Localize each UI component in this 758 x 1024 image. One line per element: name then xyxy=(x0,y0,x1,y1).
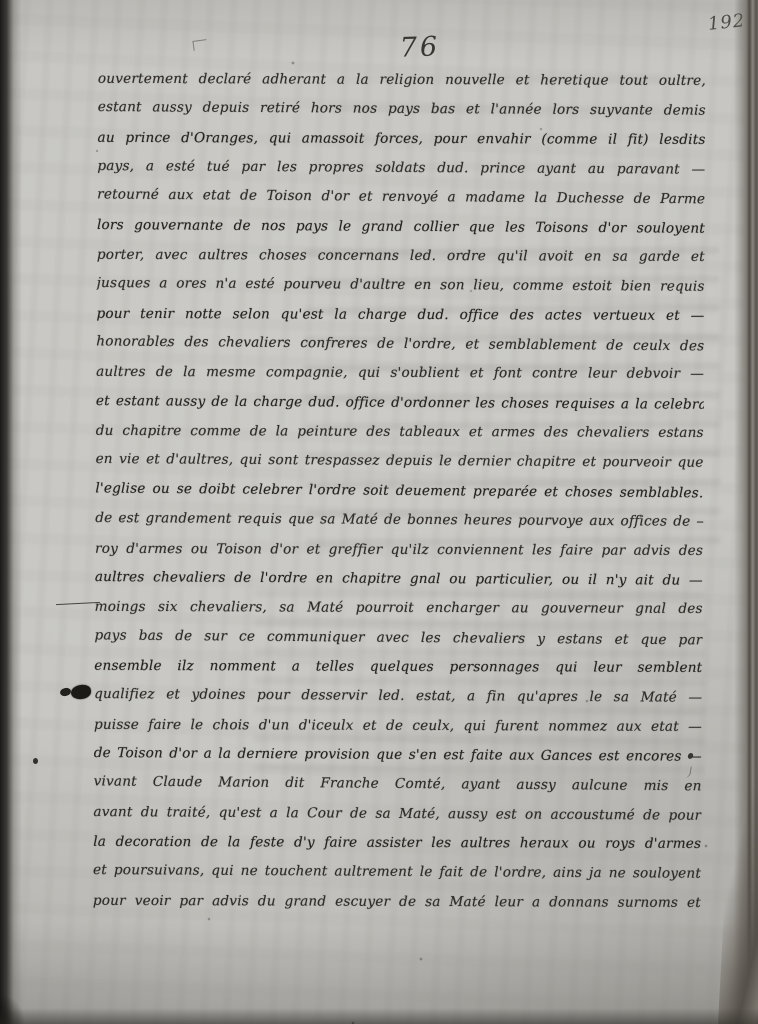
manuscript-line: la decoration de la feste d'y faire assi… xyxy=(93,828,701,859)
manuscript-line: honorables des chevaliers confreres de l… xyxy=(96,327,704,361)
manuscript-line: qualifiez et ydoines pour desservir led.… xyxy=(94,680,702,713)
manuscript-line: au prince d'Oranges, qui amassoit forces… xyxy=(97,123,705,154)
manuscript-line: roy d'armes ou Toison d'or et greffier q… xyxy=(95,534,703,565)
manuscript-line: ensemble ilz nomment a telles quelques p… xyxy=(94,652,702,683)
manuscript-line: retourné aux etat de Toison d'or et renv… xyxy=(97,181,705,215)
manuscript-line: pour tenir notte selon qu'est la charge … xyxy=(96,300,704,331)
manuscript-line: de est grandement requis que sa Maté de … xyxy=(95,504,703,537)
manuscript-line: aultres de la mesme compagnie, qui s'oub… xyxy=(96,358,704,389)
manuscript-line: et poursuivans, qui ne touchent aultreme… xyxy=(93,856,701,889)
ink-blot xyxy=(60,684,96,702)
manuscript-line: aultres chevaliers de l'ordre en chapitr… xyxy=(95,563,703,596)
page-number: 76 xyxy=(399,33,440,61)
manuscript-line: pour veoir par advis du grand escuyer de… xyxy=(93,886,701,917)
manuscript-scan: 192 76 ouvertement declaré adherant a la… xyxy=(0,0,758,1024)
page-bottom-shadow xyxy=(0,1008,758,1024)
manuscript-line: porter, avec aultres choses concernans l… xyxy=(97,241,705,272)
ink-blot-large xyxy=(70,684,91,700)
manuscript-line: puisse faire le chois d'un d'iceulx et d… xyxy=(94,710,702,741)
manuscript-line: avant du traité, qu'est a la Cour de sa … xyxy=(93,798,701,831)
manuscript-line: de Toison d'or a la derniere provision q… xyxy=(94,739,702,772)
manuscript-line: estant aussy depuis retiré hors nos pays… xyxy=(98,93,706,126)
book-binding-edge xyxy=(0,0,22,1024)
margin-ink-dot xyxy=(33,758,38,764)
manuscript-line: lors gouvernante de nos pays le grand co… xyxy=(97,211,705,244)
manuscript-line: moings six chevaliers, sa Maté pourroit … xyxy=(95,593,703,624)
manuscript-line: pays bas de sur ce communiquer avec les … xyxy=(94,621,702,655)
manuscript-line: jusques a ores n'a esté pourveu d'aultre… xyxy=(97,269,705,302)
manuscript-line: vivant Claude Marion dit Franche Comté, … xyxy=(93,768,701,802)
manuscript-line: et estant aussy de la charge dud. office… xyxy=(96,387,704,420)
manuscript-line: ouvertement declaré adherant a la religi… xyxy=(98,65,706,96)
manuscript-text-block: ouvertement declaré adherant a la religi… xyxy=(93,64,706,919)
manuscript-line: en vie et d'aultres, qui sont trespassez… xyxy=(95,445,703,478)
manuscript-line: l'eglise ou se doibt celebrer l'ordre so… xyxy=(95,474,703,508)
pen-mark xyxy=(192,39,207,51)
manuscript-line: du chapitre comme de la peinture des tab… xyxy=(96,417,704,448)
ink-blot-small xyxy=(59,687,71,697)
